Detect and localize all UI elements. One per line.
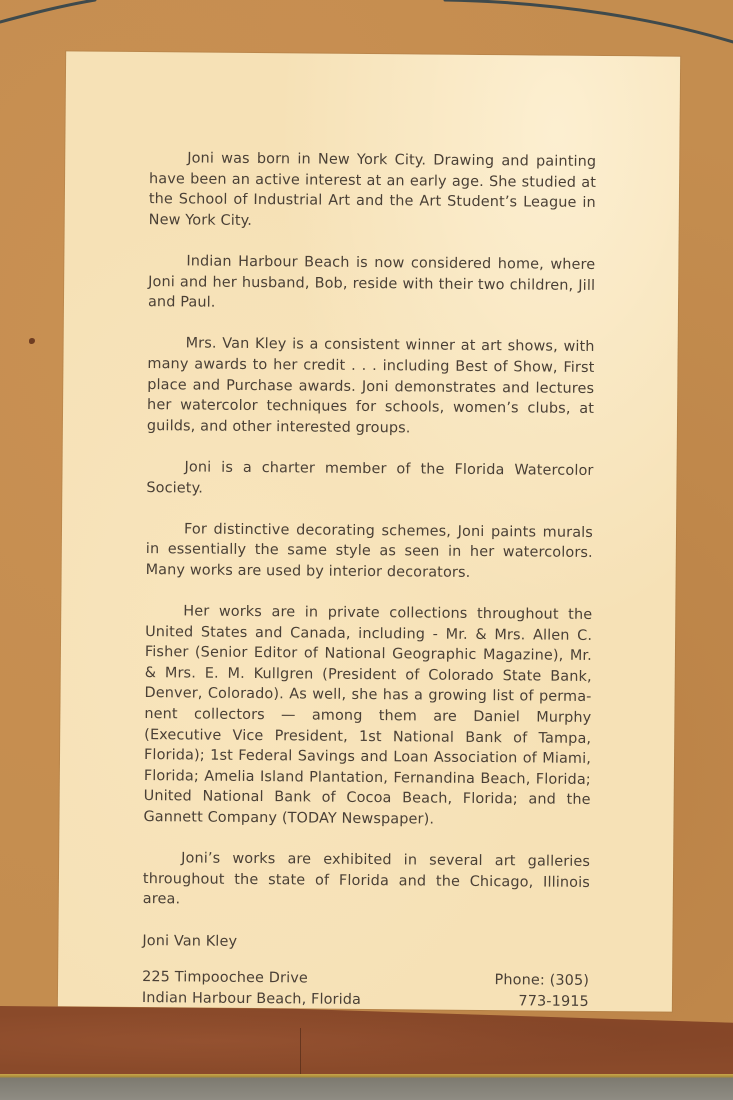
paragraph-membership: Joni is a charter member of the Florida … [146, 457, 593, 502]
artist-signature: Joni Van Kley [142, 931, 589, 955]
paragraph-murals: For distinctive decorating schemes, Joni… [146, 519, 594, 585]
address-city: Indian Harbour Beach, Florida [142, 988, 361, 1011]
paragraph-birth: Joni was born in New York City. Drawing … [149, 148, 597, 234]
paragraph-awards: Mrs. Van Kley is a consistent winner at … [147, 333, 595, 440]
contact-footer: 225 Timpoochee Drive Indian Harbour Beac… [142, 967, 589, 1012]
biography-text: Joni was born in New York City. Drawing … [142, 148, 596, 1012]
address-street: 225 Timpoochee Drive [142, 967, 361, 990]
paragraph-galleries: Joni’s works are exhibited in several ar… [143, 848, 591, 914]
biography-sheet: Joni was born in New York City. Drawing … [58, 51, 680, 1011]
phone-area-code: Phone: (305) [494, 970, 589, 991]
paragraph-home: Indian Harbour Beach is now considered h… [148, 251, 596, 317]
phone-number: Phone: (305) 773-1915 [494, 970, 589, 1012]
paragraph-collections: Her works are in private collections thr… [143, 601, 592, 831]
phone-local-number: 773-1915 [494, 991, 589, 1012]
mailing-address: 225 Timpoochee Drive Indian Harbour Beac… [142, 967, 362, 1010]
frame-edge [0, 1074, 733, 1100]
tape-seam [300, 1028, 301, 1076]
